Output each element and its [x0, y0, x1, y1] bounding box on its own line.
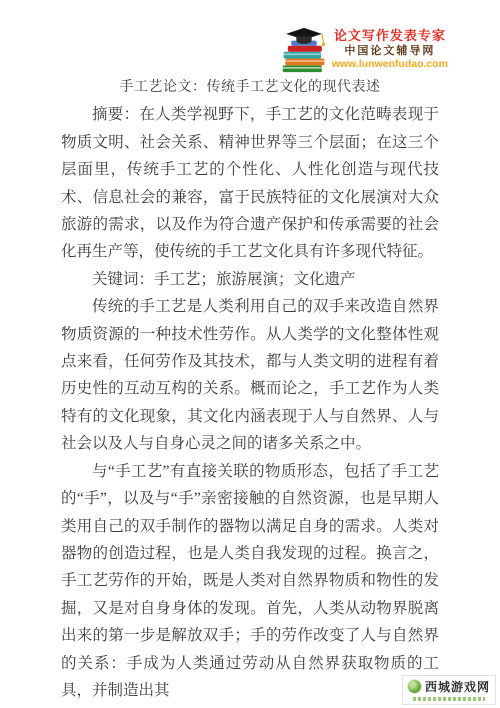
watermark-row: 西城游戏网 [408, 678, 490, 695]
logo-text-block: 论文写作发表专家 中国论文辅导网 www.lunwenfudao.com [332, 28, 448, 71]
abstract-paragraph: 摘要：在人类学视野下，手工艺的文化范畴表现于物质文明、社会关系、精神世界等三个层… [61, 101, 439, 265]
watermark-badge[interactable]: 西城游戏网 [402, 675, 496, 705]
body-paragraph: 传统的手工艺是人类利用自己的双手来改造自然界物质资源的一种技术性劳作。从人类学的… [61, 293, 439, 457]
document-page: 论文写作发表专家 中国论文辅导网 www.lunwenfudao.com 手工艺… [0, 0, 500, 708]
green-globe-icon [408, 680, 421, 693]
logo-tagline: 论文写作发表专家 [334, 28, 446, 44]
watermark-site-name: 西城游戏网 [425, 678, 490, 695]
graduation-cap-books-icon [281, 26, 327, 74]
body-paragraph: 与“手工艺”有直接关联的物质形态，包括了手工艺的“手”，以及与“手”亲密接触的自… [61, 458, 439, 705]
page-title: 手工艺论文：传统手工艺文化的现代表述 [61, 74, 439, 101]
watermark-subtext-decoration [413, 697, 485, 701]
keywords-paragraph: 关键词：手工艺；旅游展演；文化遗产 [61, 266, 439, 293]
site-logo[interactable]: 论文写作发表专家 中国论文辅导网 www.lunwenfudao.com [281, 26, 448, 74]
logo-site-name: 中国论文辅导网 [344, 45, 435, 59]
article-body: 手工艺论文：传统手工艺文化的现代表述 摘要：在人类学视野下，手工艺的文化范畴表现… [61, 74, 439, 704]
logo-url-link[interactable]: www.lunwenfudao.com [332, 58, 448, 71]
